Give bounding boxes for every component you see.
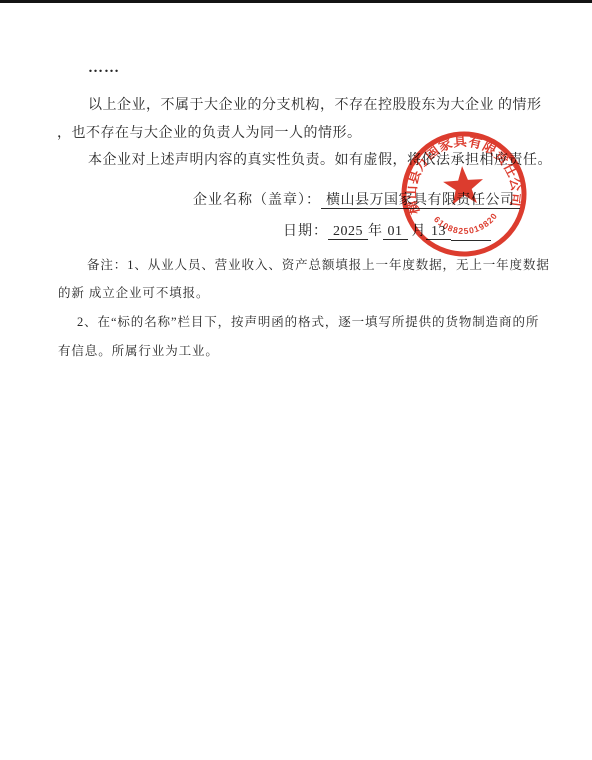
star-icon <box>442 165 485 206</box>
company-seal: 横山县万国家具有限责任公司 6108825019820 <box>392 122 535 265</box>
svg-text:6108825019820: 6108825019820 <box>432 210 501 238</box>
date-year-unit: 年 <box>368 224 383 239</box>
declaration-document-page: { "page": { "background": "#ffffff", "to… <box>0 0 592 760</box>
seal-number-arc-text: 6108825019820 <box>432 210 501 238</box>
company-name-label: 企业名称（盖章）： <box>193 193 321 208</box>
note-1-line-2: 的新 成立企业可不填报。 <box>58 285 209 302</box>
note-2-line-2: 有信息。所属行业为工业。 <box>58 343 219 360</box>
ellipsis-text: …… <box>88 60 120 77</box>
date-year-value: 2025 <box>328 224 368 240</box>
page-top-border <box>0 0 592 3</box>
paragraph-1-line-2: ，也不存在与大企业的负责人为同一人的情形。 <box>57 125 362 142</box>
date-label: 日期： <box>283 224 328 239</box>
paragraph-1-line-1: 以上企业，不属于大企业的分支机构，不存在控股股东为大企业 的情形 <box>88 97 542 114</box>
note-2-line-1: 2、在“标的名称”栏目下，按声明函的格式，逐一填写所提供的货物制造商的所 <box>77 314 539 331</box>
